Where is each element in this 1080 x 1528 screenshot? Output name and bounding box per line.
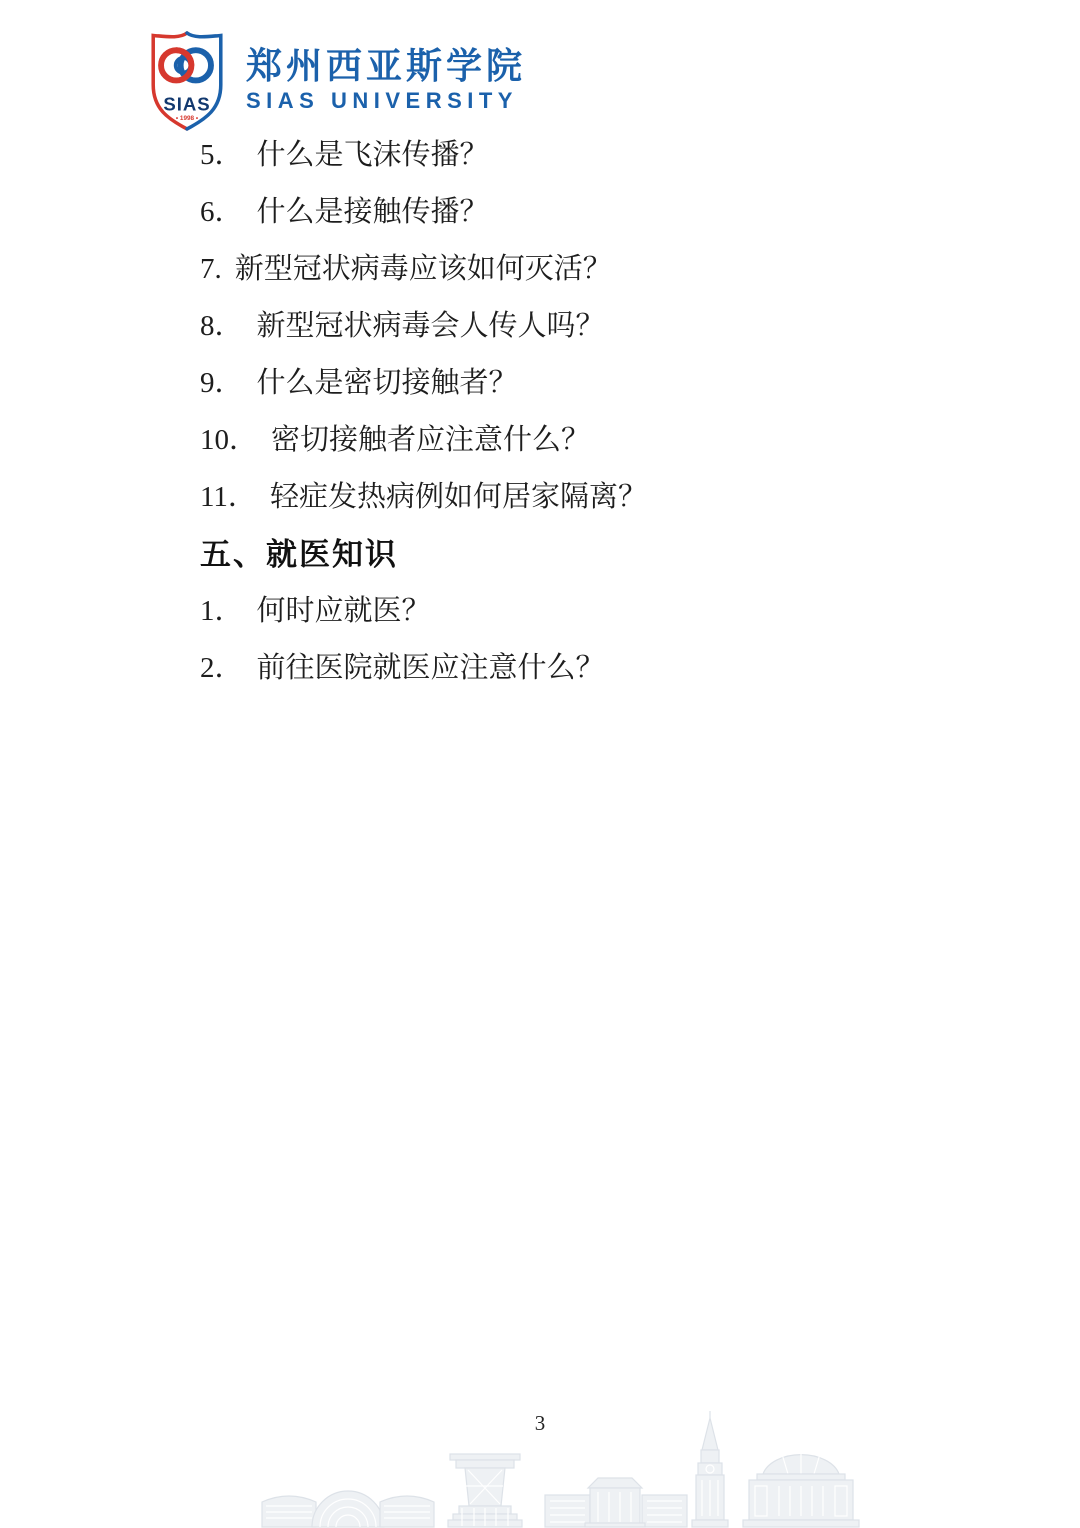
university-name-en: SIAS UNIVERSITY: [246, 88, 526, 114]
toc-item-text: 什么是接触传播？: [257, 196, 489, 228]
section-heading: 五、就医知识: [200, 539, 940, 571]
toc-item-number: 11．: [200, 482, 257, 512]
toc-item-text: 轻症发热病例如何居家隔离？: [270, 481, 647, 513]
toc-item: 1．何时应就医？: [200, 596, 940, 626]
toc-item: 7.新型冠状病毒应该如何灭活？: [200, 254, 940, 284]
shield-year-text: • 1998 •: [176, 115, 199, 122]
campus-skyline-watermark-icon: [258, 1398, 1080, 1528]
toc-item-number: 6．: [200, 197, 244, 227]
toc-item-text: 何时应就医？: [257, 595, 431, 627]
toc-item: 8．新型冠状病毒会人传人吗？: [200, 311, 940, 341]
toc-item-number: 9．: [200, 368, 244, 398]
toc-item-text: 什么是飞沫传播？: [257, 139, 489, 171]
toc-item-text: 什么是密切接触者？: [257, 367, 518, 399]
toc-item: 6．什么是接触传播？: [200, 197, 940, 227]
university-logo: SIAS • 1998 • 郑州西亚斯学院 SIAS UNIVERSITY: [140, 28, 526, 132]
toc-item-text: 前往医院就医应注意什么？: [257, 652, 605, 684]
shield-sias-text: SIAS: [163, 93, 210, 114]
toc-item: 11．轻症发热病例如何居家隔离？: [200, 482, 940, 512]
logo-wordmark: 郑州西亚斯学院 SIAS UNIVERSITY: [246, 46, 526, 115]
toc-item-number: 10．: [200, 425, 258, 455]
toc-item-number: 5．: [200, 140, 244, 170]
toc-item: 10．密切接触者应注意什么？: [200, 425, 940, 455]
toc-item-text: 密切接触者应注意什么？: [271, 424, 590, 456]
toc-item: 5．什么是飞沫传播？: [200, 140, 940, 170]
university-name-cn: 郑州西亚斯学院: [246, 46, 526, 86]
toc-item-number: 7.: [200, 254, 222, 284]
document-page: SIAS • 1998 • 郑州西亚斯学院 SIAS UNIVERSITY 5．…: [0, 0, 1080, 1528]
toc-item-text: 新型冠状病毒应该如何灭活？: [235, 253, 612, 285]
toc-item-number: 2．: [200, 653, 244, 683]
toc-list: 5．什么是飞沫传播？ 6．什么是接触传播？ 7.新型冠状病毒应该如何灭活？ 8．…: [200, 140, 940, 710]
toc-item-text: 新型冠状病毒会人传人吗？: [257, 310, 605, 342]
sias-shield-icon: SIAS • 1998 •: [140, 28, 234, 132]
toc-item-number: 8．: [200, 311, 244, 341]
toc-item: 2．前往医院就医应注意什么？: [200, 653, 940, 683]
toc-item-number: 1．: [200, 596, 244, 626]
toc-item: 9．什么是密切接触者？: [200, 368, 940, 398]
